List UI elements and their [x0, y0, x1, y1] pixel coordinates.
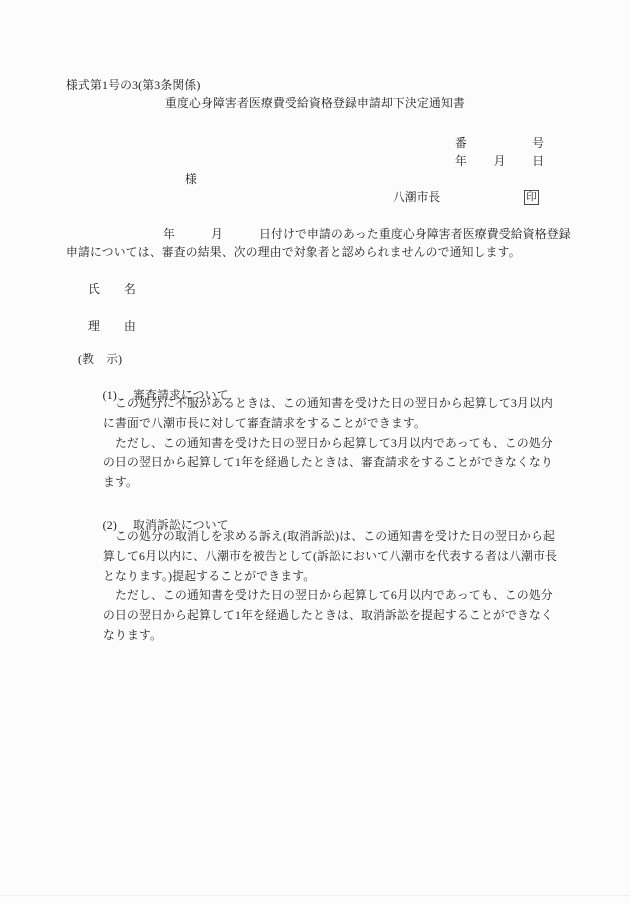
date-day-label: 日: [532, 156, 544, 168]
item-2-line-1: この処分の取消しを求める訴え(取消訴訟)は、この通知書を受けた日の翌日から起: [103, 527, 557, 547]
instruction-item-2-body: この処分の取消しを求める訴え(取消訴訟)は、この通知書を受けた日の翌日から起 算…: [103, 527, 557, 646]
item-1-line-2: に書面で八潮市長に対して審査請求をすることができます。: [103, 414, 553, 434]
addressee-honorific: 様: [185, 174, 197, 186]
item-1-line-1: この処分に不服があるときは、この通知書を受けた日の翌日から起算して3月以内: [103, 394, 553, 414]
document-title: 重度心身障害者医療費受給資格登録申請却下決定通知書: [0, 98, 630, 110]
issuer-line: 八潮市長 印: [393, 192, 440, 204]
instructions-heading: (教 示): [78, 354, 122, 366]
date-year-label: 年: [455, 156, 467, 168]
reason-field-label: 理 由: [88, 321, 136, 333]
item-1-line-4: の日の翌日から起算して1年を経過したときは、審査請求をすることができなくなり: [103, 453, 553, 473]
document-page: 様式第1号の3(第3条関係) 重度心身障害者医療費受給資格登録申請却下決定通知書…: [0, 0, 630, 903]
date-field: 年 月 日: [455, 156, 544, 168]
item-1-line-5: ます。: [103, 473, 553, 493]
item-2-line-2: 算して6月以内に、八潮市を被告として(訴訟において八潮市を代表する者は八潮市長: [103, 547, 557, 567]
form-number: 様式第1号の3(第3条関係): [66, 80, 201, 92]
doc-number-suffix: 号: [532, 138, 544, 150]
seal-stamp: 印: [524, 190, 539, 205]
item-1-line-3: ただし、この通知書を受けた日の翌日から起算して3月以内であっても、この処分: [103, 434, 553, 454]
date-month-label: 月: [494, 156, 506, 168]
intro-line-2: 申請については、審査の結果、次の理由で対象者と認められませんので通知します。: [66, 247, 521, 259]
name-field-label: 氏 名: [88, 284, 136, 296]
page-bottom-edge: [0, 895, 630, 896]
item-2-line-4: ただし、この通知書を受けた日の翌日から起算して6月以内であっても、この処分: [103, 586, 557, 606]
document-number-field: 番 号: [455, 138, 544, 150]
issuer-name: 八潮市長: [393, 190, 440, 204]
item-2-line-6: なります。: [103, 626, 557, 646]
item-2-line-5: の日の翌日から起算して1年を経過したときは、取消訴訟を提起することができなく: [103, 606, 557, 626]
item-2-line-3: となります。)提起することができます。: [103, 567, 557, 587]
instruction-item-1-body: この処分に不服があるときは、この通知書を受けた日の翌日から起算して3月以内 に書…: [103, 394, 553, 493]
intro-line-1: 年 月 日付けで申請のあった重度心身障害者医療費受給資格登録: [163, 229, 571, 241]
doc-number-label: 番: [455, 138, 467, 150]
